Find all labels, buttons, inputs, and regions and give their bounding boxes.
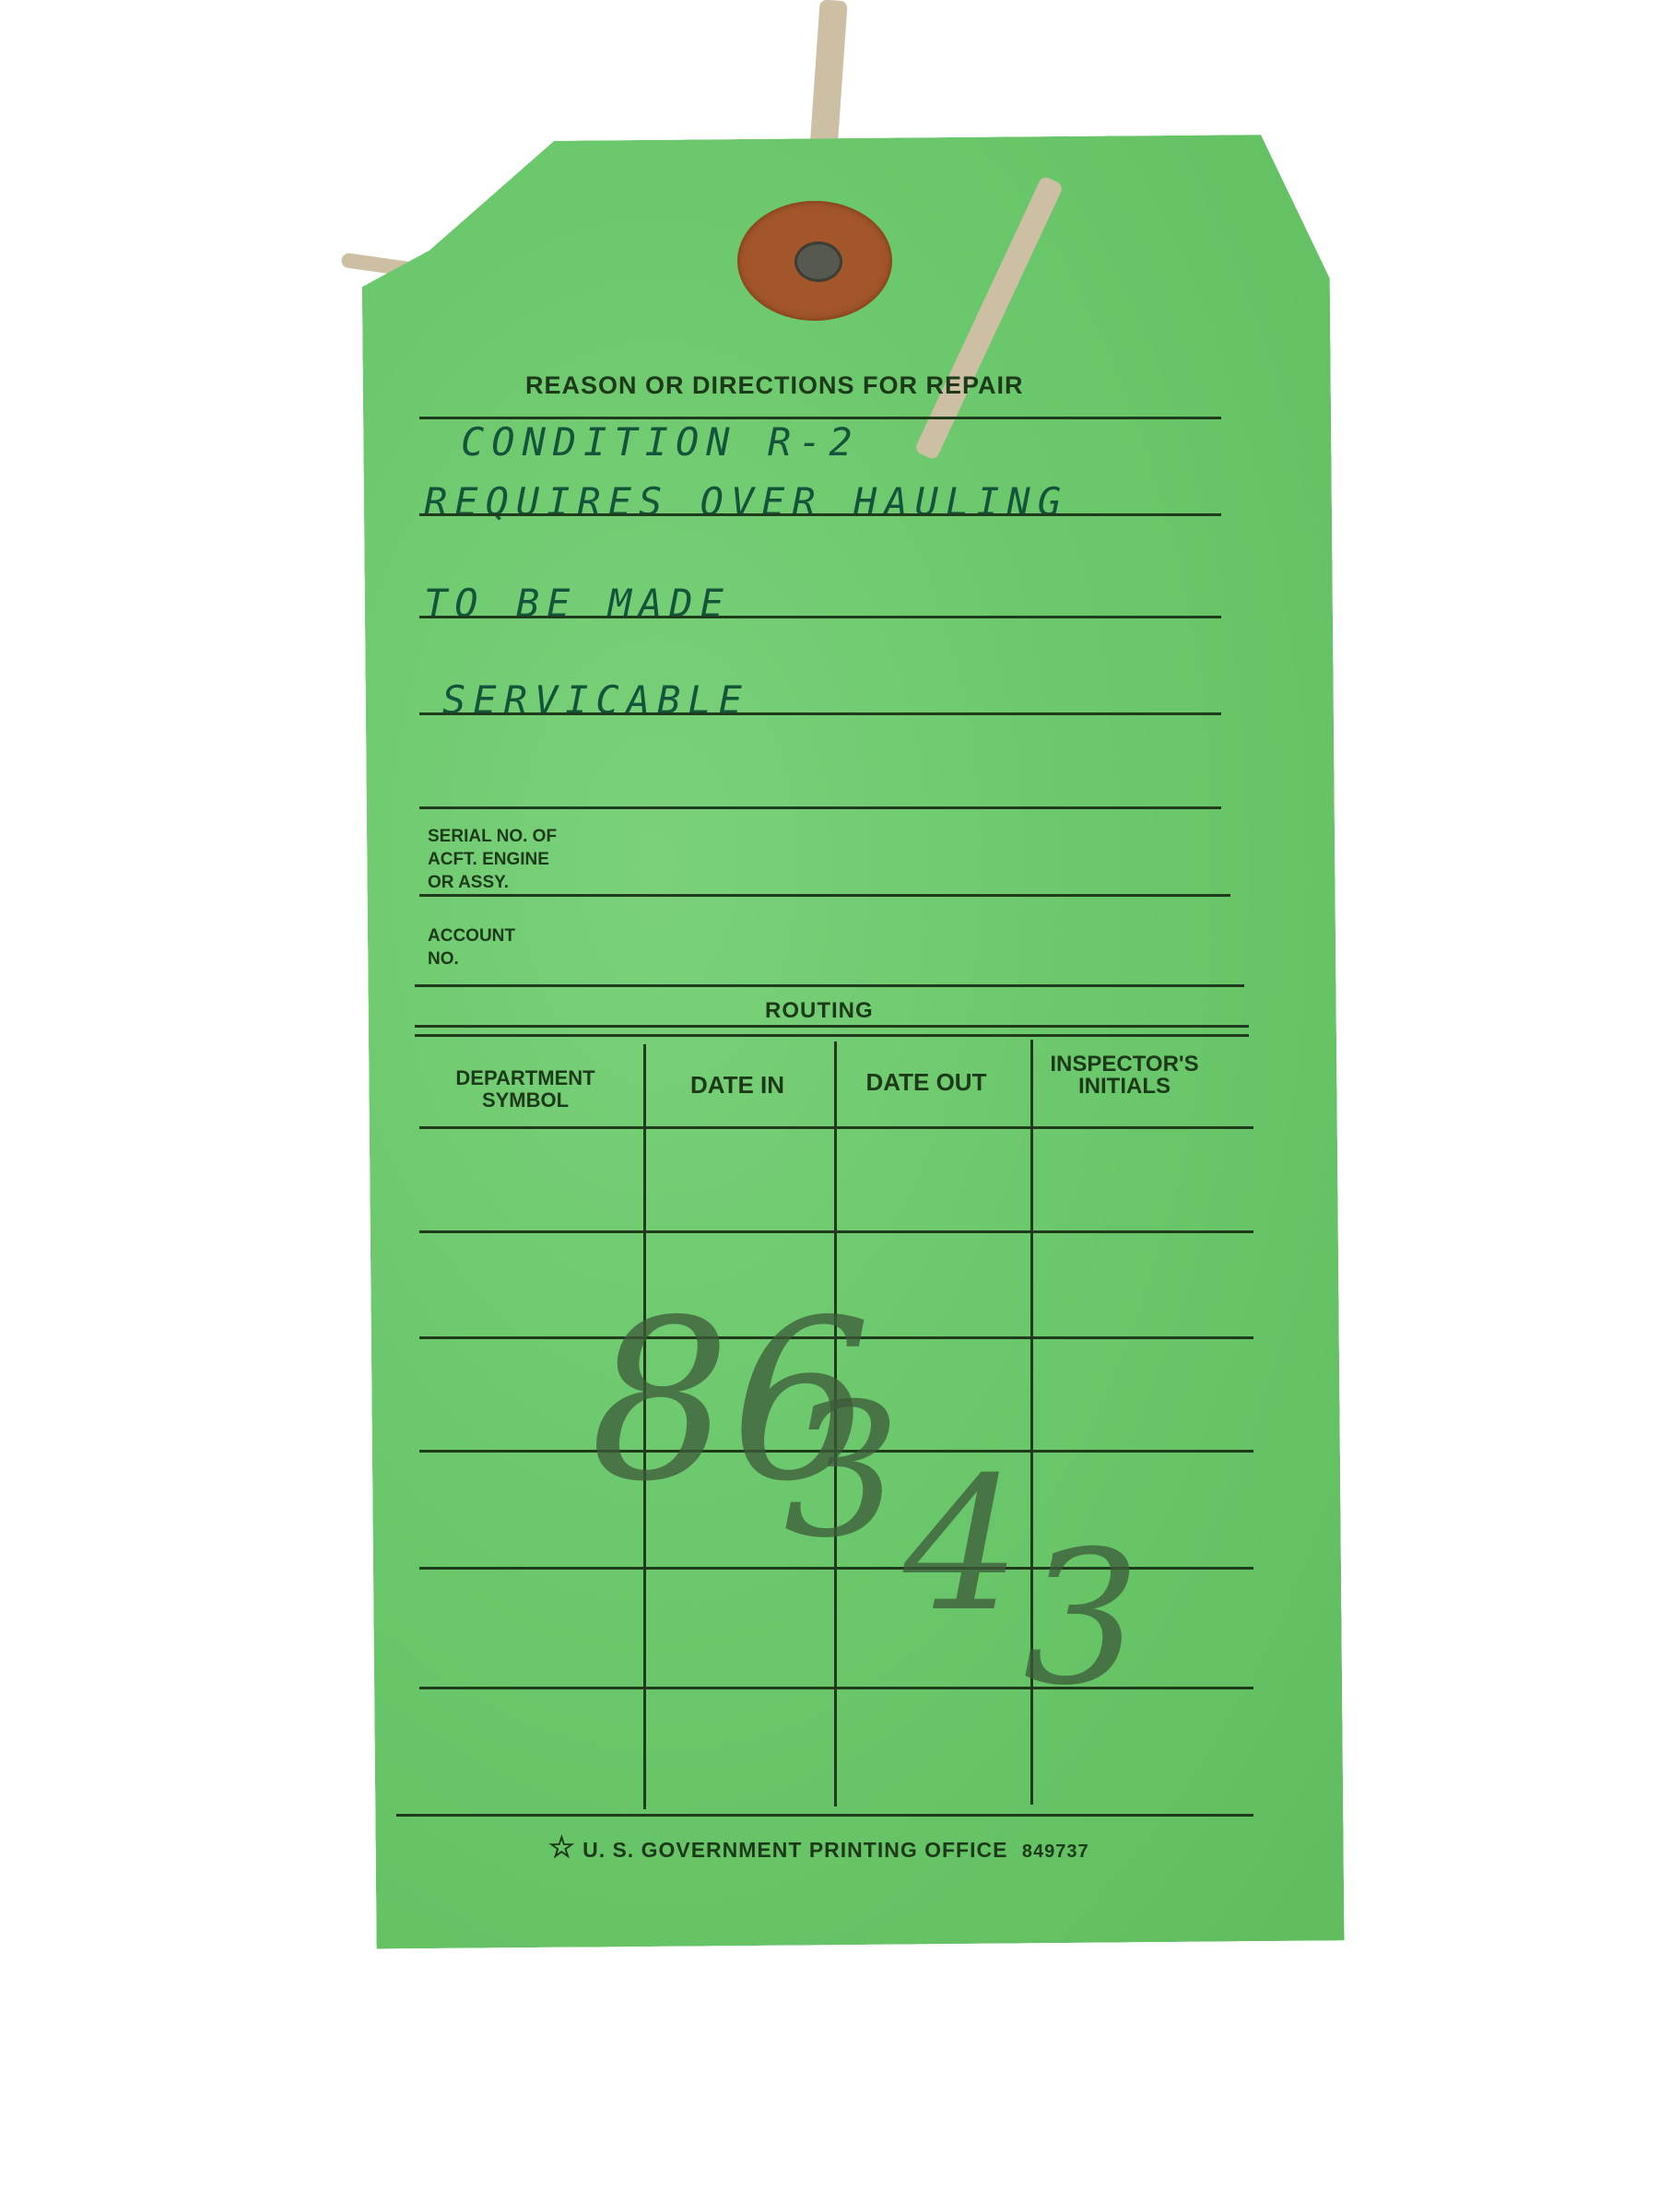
rule-serial xyxy=(419,894,1230,897)
serial-label: SERIAL NO. OF ACFT. ENGINE OR ASSY. xyxy=(428,825,557,894)
routing-double-rule-1 xyxy=(415,1025,1249,1028)
handwritten-number-3a: 3 xyxy=(783,1364,900,1579)
rule-account xyxy=(415,984,1244,987)
col-date-in: DATE IN xyxy=(645,1074,829,1096)
routing-title: ROUTING xyxy=(765,998,874,1024)
handwritten-line-3: TO BE MADE xyxy=(424,581,731,626)
repair-tag xyxy=(360,134,1344,1948)
handwritten-number-3b: 3 xyxy=(1023,1512,1140,1726)
handwritten-number-4: 4 xyxy=(903,1438,1020,1653)
handwritten-line-2: REQUIRES OVER HAULING xyxy=(424,479,1068,524)
rule-2 xyxy=(419,513,1221,516)
col-department-symbol: DEPARTMENT SYMBOL xyxy=(433,1067,618,1112)
repair-header: REASON OR DIRECTIONS FOR REPAIR xyxy=(525,371,1024,400)
handwritten-line-1: CONDITION R-2 xyxy=(461,419,860,465)
grid-bottom-rule xyxy=(396,1814,1253,1817)
rule-5 xyxy=(419,806,1221,809)
grid-row-1 xyxy=(419,1126,1253,1129)
footer-text: U. S. GOVERNMENT PRINTING OFFICE xyxy=(582,1838,1007,1862)
grid-row-2 xyxy=(419,1230,1253,1233)
rule-4 xyxy=(419,712,1221,715)
footer-code: 849737 xyxy=(1022,1841,1089,1862)
col-inspectors-initials: INSPECTOR'S INITIALS xyxy=(1032,1053,1217,1098)
gpo-footer: ☆ U. S. GOVERNMENT PRINTING OFFICE 84973… xyxy=(548,1830,1089,1865)
routing-double-rule-2 xyxy=(415,1034,1249,1037)
col-date-out: DATE OUT xyxy=(834,1071,1018,1093)
grommet-hole xyxy=(794,241,842,282)
handwritten-line-4: SERVICABLE xyxy=(442,677,749,723)
star-icon: ☆ xyxy=(548,1830,576,1864)
account-label: ACCOUNT NO. xyxy=(428,924,515,971)
rule-3 xyxy=(419,616,1221,618)
